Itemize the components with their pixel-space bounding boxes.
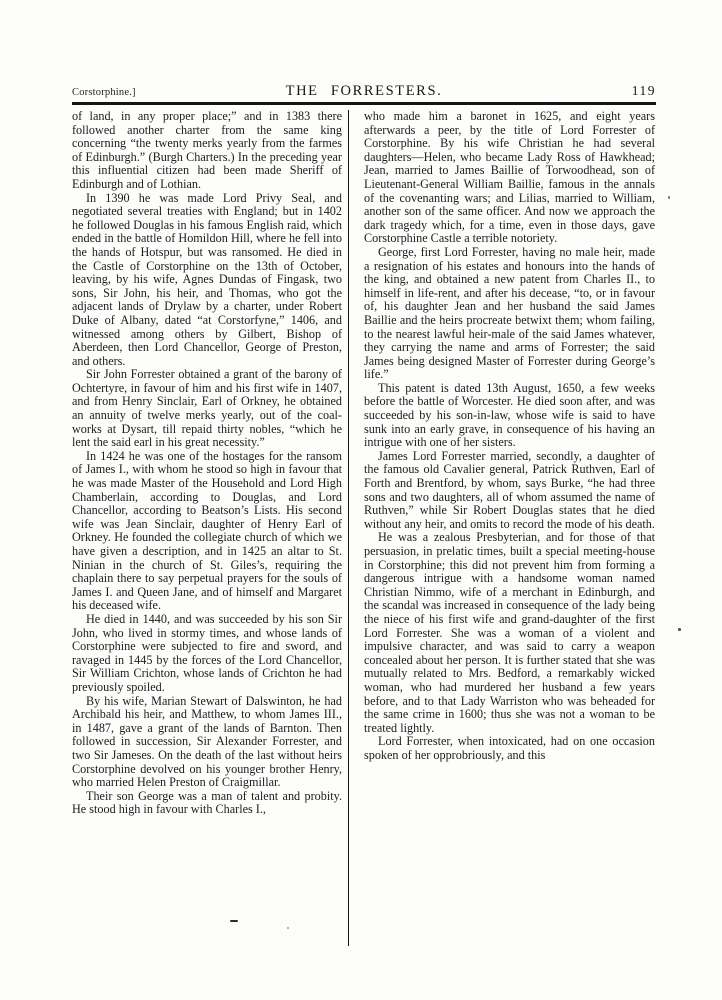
paragraph: James Lord Forrester married, secondly, …	[364, 450, 655, 532]
scan-speck	[668, 196, 670, 199]
header-rule	[72, 102, 656, 105]
text-columns: of land, in any proper place;” and in 13…	[72, 110, 656, 946]
running-header: Corstorphine.] THE FORRESTERS. 119	[72, 83, 656, 100]
paragraph: Sir John Forrester obtained a grant of t…	[72, 368, 342, 450]
page-number: 119	[506, 83, 656, 99]
paragraph: In 1390 he was made Lord Privy Seal, and…	[72, 192, 342, 369]
paragraph: He died in 1440, and was succeeded by hi…	[72, 613, 342, 695]
scan-speck	[287, 927, 289, 929]
paragraph: This patent is dated 13th August, 1650, …	[364, 382, 655, 450]
paragraph: of land, in any proper place;” and in 13…	[72, 110, 342, 192]
right-column: who made him a baronet in 1625, and eigh…	[349, 110, 655, 946]
paragraph: In 1424 he was one of the hostages for t…	[72, 450, 342, 613]
left-column: of land, in any proper place;” and in 13…	[72, 110, 342, 946]
book-page: Corstorphine.] THE FORRESTERS. 119 of la…	[0, 0, 722, 1000]
paragraph: Lord Forrester, when intoxicated, had on…	[364, 735, 655, 762]
paragraph: George, first Lord Forrester, having no …	[364, 246, 655, 382]
paragraph: who made him a baronet in 1625, and eigh…	[364, 110, 655, 246]
header-section-label: Corstorphine.]	[72, 87, 222, 98]
paragraph: By his wife, Marian Stewart of Dalswinto…	[72, 695, 342, 790]
paragraph: Their son George was a man of talent and…	[72, 790, 342, 817]
paragraph: He was a zealous Presbyterian, and for t…	[364, 531, 655, 735]
scan-speck	[230, 920, 238, 922]
scan-speck	[678, 628, 681, 631]
page-title: THE FORRESTERS.	[222, 83, 506, 100]
